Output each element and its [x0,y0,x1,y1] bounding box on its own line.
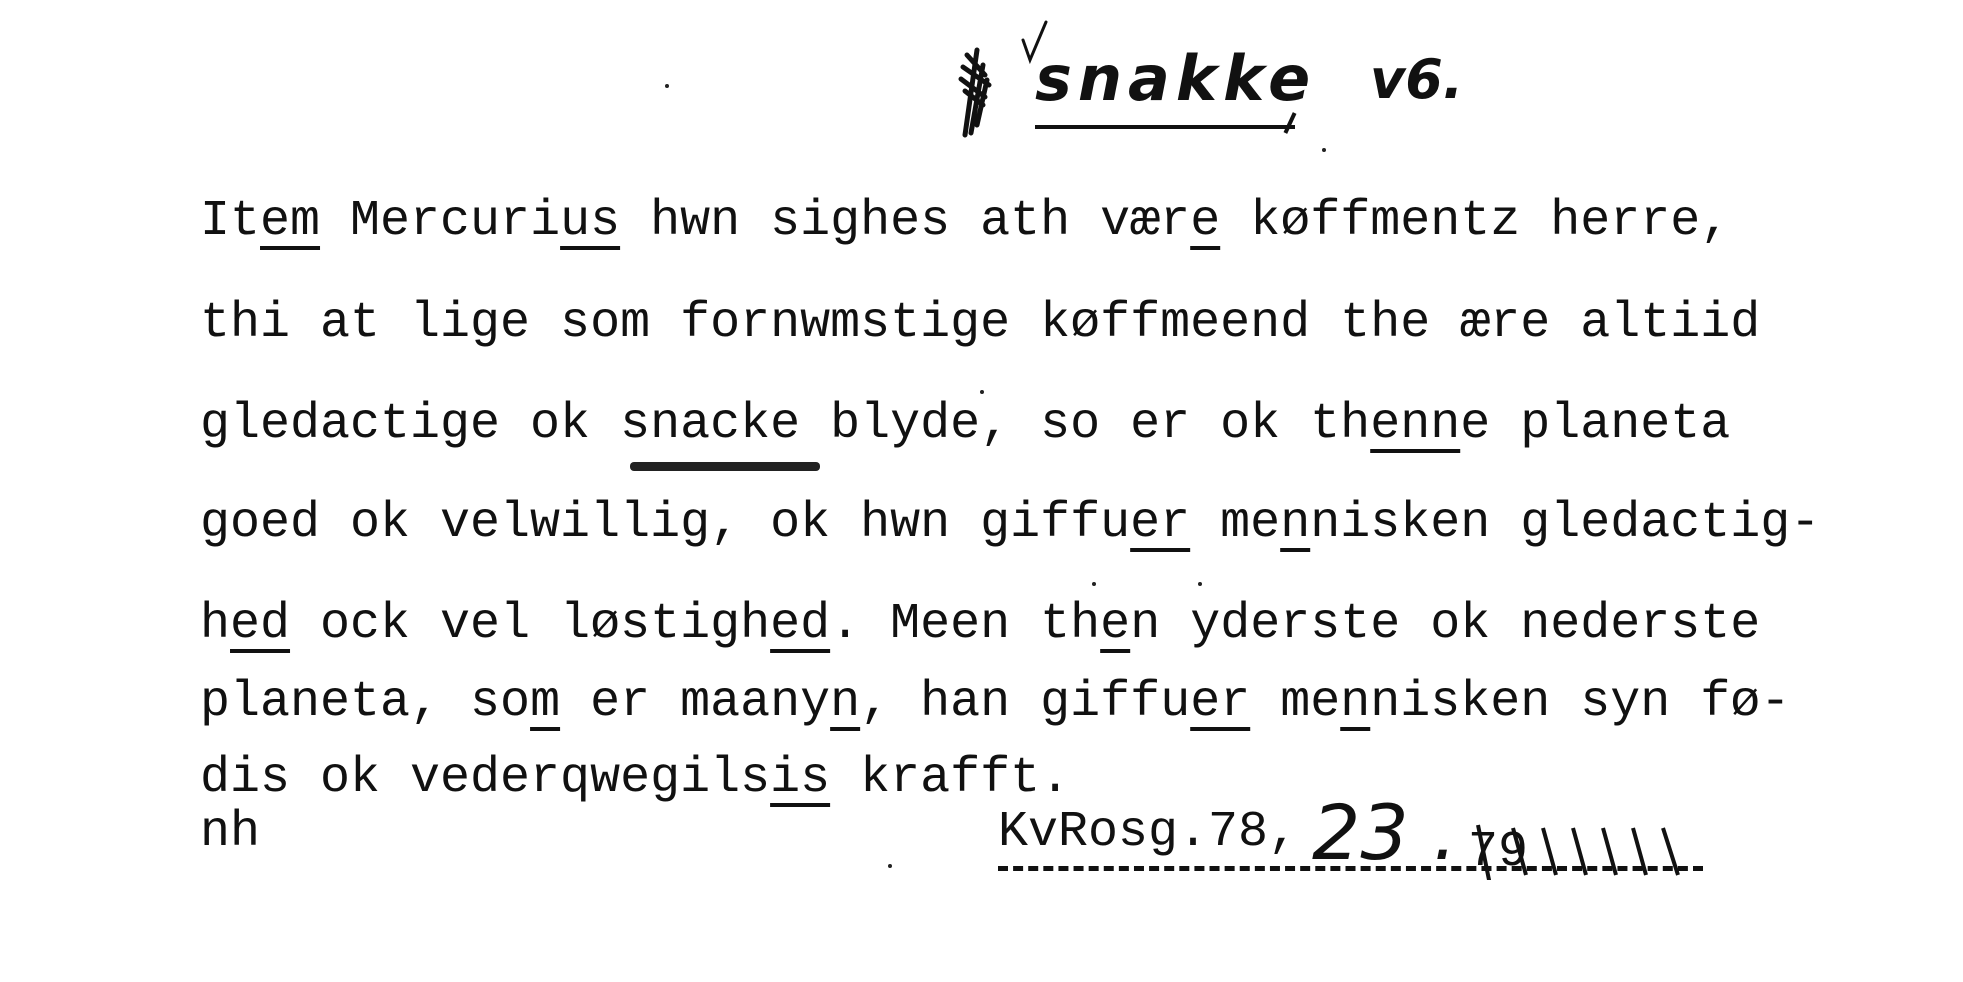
text-line: hed ock vel løstighed. Meen then yderste… [200,600,1760,650]
text-segment: h [200,596,230,653]
text-line: Item Mercurius hwn sighes ath være køffm… [200,197,1730,247]
underlined-expansion: e [1190,193,1220,250]
text-segment: e planeta [1460,396,1730,453]
text-segment: hwn sighes ath vær [620,193,1190,250]
text-segment: køffmentz herre, [1220,193,1730,250]
headword-tag: v6. [1370,48,1463,111]
text-segment: goed ok velwillig, ok hwn giffu [200,495,1130,552]
crossed-out-scribble-icon [955,45,995,140]
text-segment: me [1190,495,1280,552]
text-segment: me [1250,674,1340,731]
text-segment: nisken syn fø- [1370,674,1790,731]
initials: nh [200,808,260,858]
underlined-expansion: er [1130,495,1190,552]
text-line: thi at lige som fornwmstige køffmeend th… [200,299,1760,349]
text-segment: gledactige ok snacke blyde, so er ok th [200,396,1370,453]
underlined-expansion: enn [1370,396,1460,453]
text-segment: , han giffu [860,674,1190,731]
underlined-expansion: ed [230,596,290,653]
text-segment: ock vel løstigh [290,596,770,653]
handwritten-underline-snacke [630,462,820,471]
underlined-expansion: n [1340,674,1370,731]
text-segment: planeta, so [200,674,530,731]
archive-slip: snakke v6. Item Mercurius hwn sighes ath… [0,0,1963,982]
text-line: goed ok velwillig, ok hwn giffuer mennis… [200,499,1820,549]
speck [1322,148,1326,152]
text-segment: Mercuri [320,193,560,250]
text-segment: n yderste ok nederste [1130,596,1760,653]
underlined-expansion: is [770,750,830,807]
speck [1092,582,1096,586]
underlined-expansion: n [830,674,860,731]
strikethrough-marks-icon: 79 [1468,820,1703,880]
headword-arrow-mark [1284,112,1297,134]
underlined-expansion: ed [770,596,830,653]
underlined-expansion: em [260,193,320,250]
speck [665,84,669,88]
speck [1198,582,1202,586]
underlined-expansion: n [1280,495,1310,552]
underlined-expansion: us [560,193,620,250]
text-segment: thi at lige som fornwmstige køffmeend th… [200,295,1760,352]
underlined-expansion: e [1100,596,1130,653]
reference-handwritten: 23 . [1312,788,1457,877]
speck [980,390,984,394]
text-segment: . Meen th [830,596,1100,653]
text-line: gledactige ok snacke blyde, so er ok the… [200,400,1730,450]
reference-underline [998,866,1703,871]
text-segment: nisken gledactig- [1310,495,1820,552]
underlined-expansion: er [1190,674,1250,731]
reference-typed: KvRosg.78, [998,808,1298,858]
text-segment: krafft. [830,750,1070,807]
headword-underline [1035,125,1295,129]
underlined-expansion: m [530,674,560,731]
text-line: planeta, som er maanyn, han giffuer menn… [200,678,1790,728]
headword: snakke [1035,42,1316,115]
text-line: dis ok vederqwegilsis krafft. [200,754,1070,804]
text-segment: er maany [560,674,830,731]
text-segment: dis ok vederqwegils [200,750,770,807]
text-segment: It [200,193,260,250]
speck [888,864,892,868]
